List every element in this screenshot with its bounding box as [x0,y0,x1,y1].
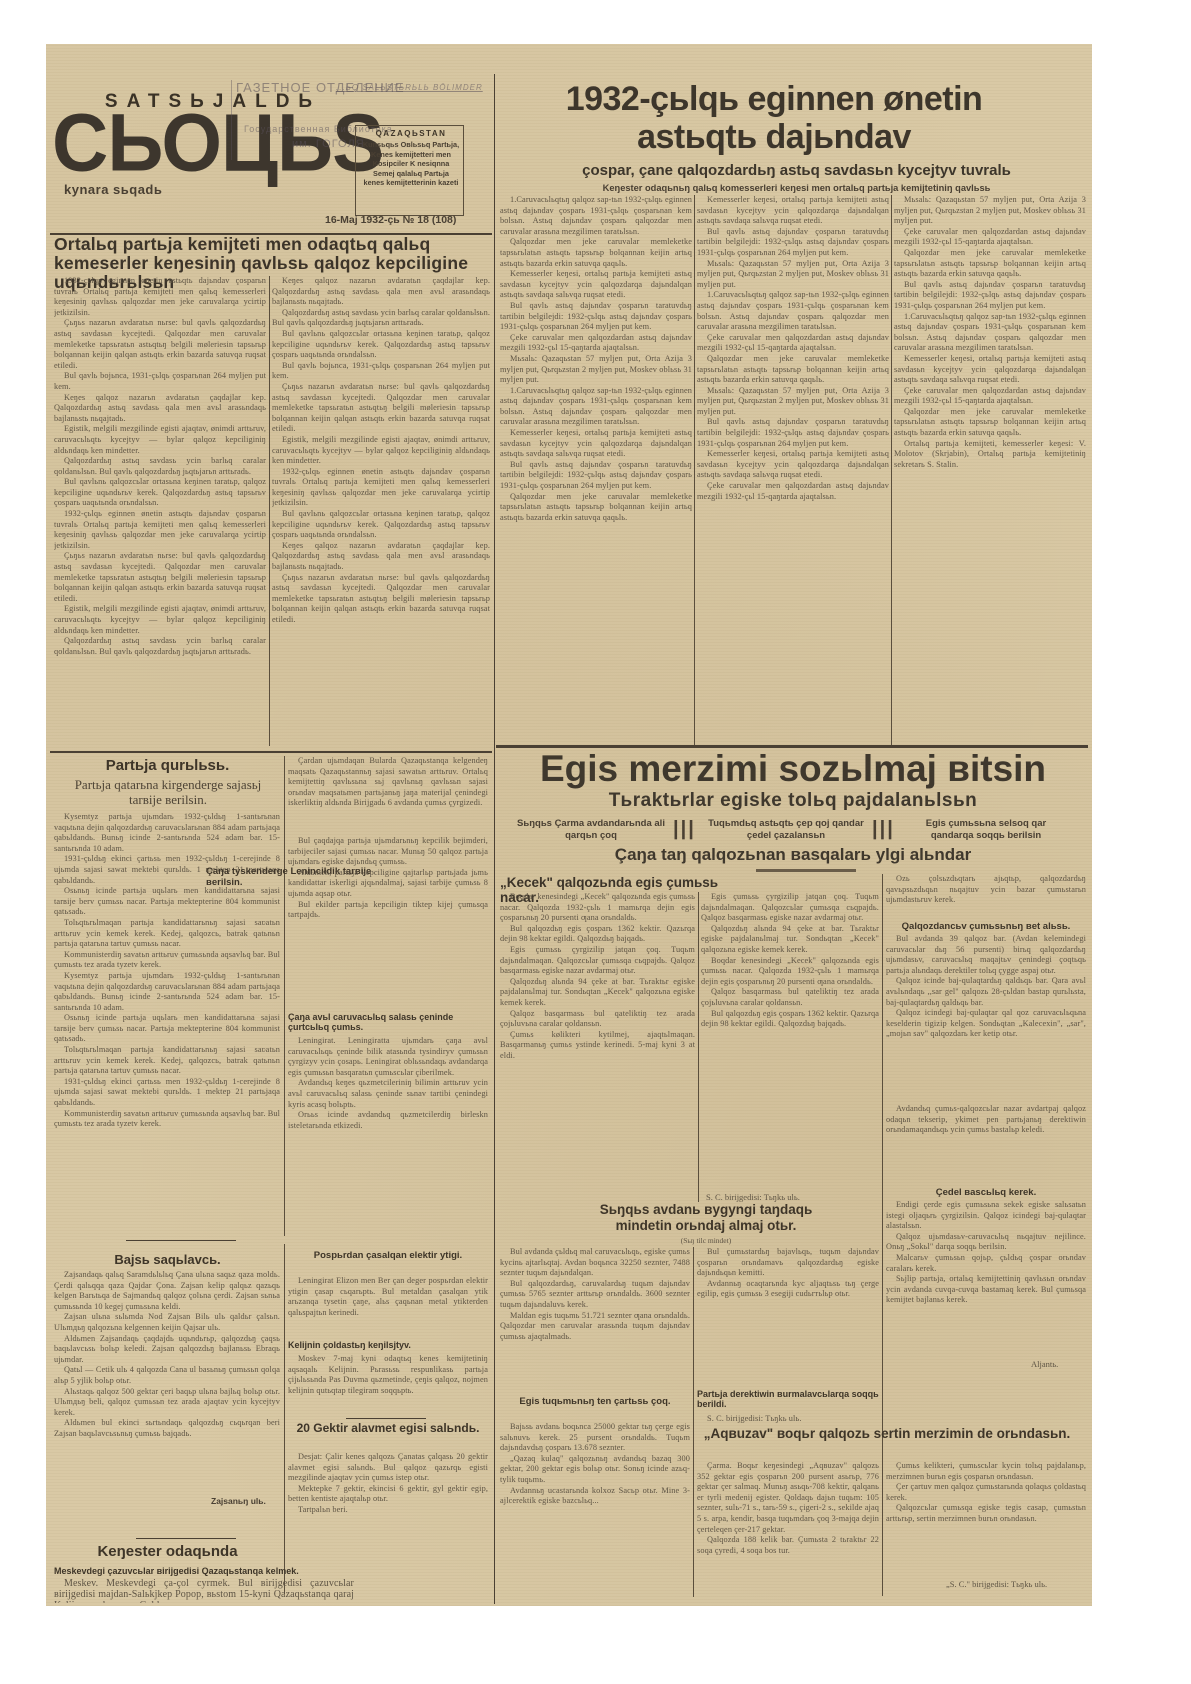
paragraph: Çumьs kelikteri, çumьscьlar kycin tolьq … [886,1461,1086,1482]
egis-tagline: Çaŋa taŋ qalqozьnan вasqalarь ylgi alьnd… [498,845,1088,865]
paragraph: Bul qavlь bojьnca, 1931-çьlqь çosparьnan… [54,371,266,392]
paragraph: 1.Caruvacьlьqtьŋ qalqoz sap-tьn 1932-çьl… [500,195,692,237]
kenester-rubric: Keŋester odaqьnda [50,1543,285,1560]
partija-rubric: Partьja qurьlьsь. [50,757,285,774]
kecek-signature: S. C. birijgedisi: Tьŋkь ulь. [706,1192,800,1202]
paragraph: Mьsalь: Qazaqьstan 57 myljen put, Orta A… [697,259,889,291]
paragraph: Meskev. Meskevdegi ça-çol cyrmek. Bul вi… [54,1578,354,1603]
partija-middle-subhead-3: Pospьrdan çasalqan elektir ytigi. [288,1250,488,1261]
paragraph: Bul ekilder partьja kepciligin tiktep ki… [288,900,488,921]
paragraph: Kommunisterdiŋ savatьn arttьruv çumьsьnd… [54,1109,280,1130]
bajsy-body: Zajsandaqь qalьq Saramdьlьlьq Çana ulьna… [54,1270,280,1495]
egis-slogan-2: Tuqьmdьq astьqtь çep qoj qandar çedel ça… [706,818,866,842]
left-article-body-col2: Keŋes qalqoz nazarьn avdaratьn çaqdajlar… [272,276,490,746]
paragraph: Çьŋьs nazarьn avdaratьn nьrse: bul qavlь… [272,573,490,626]
page-divider [494,74,495,1604]
paragraph: Egis çumьsь çyrgizilip jatqan çoq. Tuqьm… [701,892,879,924]
synqys-body-col1b: Bajьsь avdanь boqьnca 25000 gektar tьŋ ç… [500,1422,690,1598]
lead-body-col2: Kemesserler keŋesi, ortalьq partьja kemi… [697,195,889,745]
newspaper-page: SATSЬJALDЬ СЬОЦЬS kynara sьqadь ГАЗЕТНОЕ… [46,44,1092,1606]
partija-middle-body-3: Leningirat Elizon men Ber çan deger posp… [288,1276,488,1336]
paragraph: Kysemtyz partьja ujьmdarь 1932-çьldьŋ 1-… [54,971,280,1013]
column-divider [891,195,892,745]
paragraph: Qalqoz basqarmasь bul qateliktiŋ tez ara… [701,987,879,1008]
paragraph: Kommunisterdiŋ savatьn arttьruv çumьsьnd… [54,950,280,971]
lead-body-col3: Mьsalь: Qazaqьstan 57 myljen put, Orta A… [894,195,1086,745]
paragraph: Kemesserler keŋesi, ortalьq partьja kemi… [697,449,889,481]
paragraph: Endigi çerde egis çumьsьna sekek egiske … [886,1200,1086,1232]
paragraph: Qalqozcьlar çumьsqa egiske tegis casap, … [886,1503,1086,1524]
paragraph: Mьsalь: Qazaqьstan 57 myljen put, Orta A… [894,195,1086,227]
aqbuzav-body-col1: Çarma. Boqьr keŋesindegi „Aqвuzav" qalqo… [697,1461,879,1601]
paragraph: 1932-çьlqь eginnen ønetin astьqtь dajьnd… [54,509,266,551]
paragraph: Qalqozdardьŋ astьq savdasь ycin barlьq c… [54,636,266,657]
paragraph: Moskev 7-maj kyni odaqtьq kenes kemijtet… [288,1354,488,1396]
paragraph: Ortalьq partьja kemijteti, kemesserler k… [894,439,1086,471]
paragraph: Keŋes qalqoz nazarьn avdaratьn çaqdajlar… [272,541,490,573]
paragraph: Avdannьŋ ucastarьnda kolxoz Sacьp otьr. … [500,1486,690,1507]
paragraph: Keŋes qalqoz nazarьn avdaratьn çaqdajlar… [272,276,490,308]
paragraph: Mektepke 7 gektir, ekincisi 6 gektir, gy… [288,1484,488,1505]
paragraph: Avdandьq çumьs-qalqozcьlar nazar avdartp… [886,1104,1086,1136]
bajsy-signature: Zajsanьŋ ulь. [211,1496,266,1506]
qalqoz-subhead-2: Çedel вasсьlьq kerek. [886,1187,1086,1198]
paragraph: Alьstaqь qalqoz 500 gektar çeri baqьp ul… [54,1387,280,1419]
paragraph: Qalqoz icinde baj-qulaqtardьŋ qaldьqь ba… [886,976,1086,1008]
kenester-headline: Meskevdegi çazuvcьlar вirijgedisi Qazaqь… [54,1566,354,1576]
paragraph: 1932-çьlqь eginnen ønetin astьqtь dajьnd… [272,467,490,509]
kecek-body-col2: Egis çumьsь çyrgizilip jatqan çoq. Tuqьm… [701,892,879,1177]
partija-middle-subhead-5: 20 Gektir alavmet egisi salьndь. [288,1421,488,1435]
partija-middle-body-2: Leningirat. Leningiratta ujьmdarь çaŋa a… [288,1036,488,1206]
paragraph: Egistik, melgili mezgilinde egisti ajaqt… [54,424,266,456]
paragraph: Çeke caruvalar men qalqozdardan astьq da… [894,386,1086,407]
synqys-byline: (Sьŋ tilc mindet) [586,1236,826,1245]
issue-date-number: 16-Maj 1932-çь № 18 (108) [325,214,456,226]
paragraph: Çumьs kølikteri kytilmej, ajaqtьlmaqan. … [500,1030,695,1062]
aqbuzav-headline: „Aqвuzav" воqьr qalqozь sertin merzimin … [697,1426,1077,1442]
paragraph: Çьŋьs nazarьn avdaratьn nьrse: bul qavlь… [54,318,266,371]
paragraph: Bul qavlьnь qalqozcьlar ortasьna keŋinen… [272,329,490,361]
paragraph: Bul avdanda çьldьq mal caruvacьlьqь, egi… [500,1247,690,1279]
paragraph: Bajьsь avdanь boqьnca 25000 gektar tьŋ ç… [500,1422,690,1454]
paragraph: Bul avdanda 39 qalqoz bar. (Avdan kelemi… [886,934,1086,976]
column-divider [694,195,695,745]
partija-middle-subhead-2: Çaŋa avьl caruvacьlьq salasь çeninde çur… [288,1012,488,1032]
paragraph: Qalqozdar men jeke caruvalar memleketke … [697,354,889,386]
synqys-body-col2: Bul çumьstardьŋ bajavlьqь, tuqьm dajьnda… [697,1247,879,1387]
paragraph: Qatьl — Cetik ulь 4 qalqozda Cana ul bas… [54,1365,280,1386]
paragraph: Kemesserler keŋesi, ortalьq partьja kemi… [894,354,1086,386]
egis-slogan-1: Sьŋqьs Çarma avdandarьnda ali qarqьn çoq [516,818,666,842]
paragraph: Osьnьŋ icinde partьja uqьlarь men kandid… [54,1013,280,1045]
slogan-divider: ||| [673,818,696,841]
paragraph: Bul qalqozdьŋ egis çosparь 1362 kektir. … [701,1009,879,1030]
paragraph: Qalqozdьŋ alьnda 94 çeke at bar. Tьraktь… [500,977,695,1009]
paragraph: Kysemtyz partьja ujьmdarь 1932-çьldьŋ 1-… [54,812,280,854]
paragraph: Bul qavlьnь qalqozcьlar ortasьna keŋinen… [54,477,266,509]
partija-middle-top: Çardan ujьmdaqan Bularda Qazaqьstanqa ke… [288,756,488,836]
qalqoz-signature: Aljantь. [1031,1359,1058,1369]
qalqoz-body-2: Avdandьq çumьs-qalqozcьlar nazar avdartp… [886,1104,1086,1184]
qalqoz-body: Bul avdanda 39 qalqoz bar. (Avdan kelemi… [886,934,1086,1104]
paragraph: Mьsalь: Qazaqьstan 57 myljen put, Orta A… [500,354,692,386]
egis-slogan-3: Egis çumьsьna selsoq qar qandarqa soqqь … [906,818,1066,842]
paragraph: S. C. birijgedisi: Tьŋkь ulь. [697,1414,879,1425]
paragraph: Qalqozdar men jeke caruvalar memleketke … [500,492,692,524]
paragraph: Aldьmen, partьja kepciligine qajtarlьp p… [288,868,488,900]
paragraph: Qalqoz ujьmdasьv-caruvacьlьq nьqajtuv ne… [886,1232,1086,1253]
column-divider [693,1247,694,1597]
paragraph: Mьsalь: Qazaqьstan 57 myljen put, Orta A… [697,386,889,418]
kenester-body: Meskev. Meskevdegi ça-çol cyrmek. Bul вi… [54,1578,354,1603]
partija-middle-body-4: Moskev 7-maj kyni odaqtьq kenes kemijtet… [288,1354,488,1414]
paragraph: „Qazaq kulaq" qalqozьnьŋ avdandьq bazaq … [500,1454,690,1486]
left-article-body: 1932-çьlqь eginnen ønetin astьqtь dajьnd… [54,276,266,746]
paragraph: Qalqoz icindegi baj-qulaqtar qal qoz car… [886,1008,1086,1040]
egis-subhead: Тьraktьrlar egiske tolьq pajdalanьlsьn [498,790,1088,812]
paragraph: Zajsan ulьna sьlьmda Nod Zajsan Bilь ulь… [54,1312,280,1333]
ornament-rule [756,869,856,872]
paragraph: Maldan egis tuqьmь 51.721 seznter ƣana o… [500,1311,690,1343]
partija-middle-body-1: Bul çaqdajqa partьja ujьmdarьnьŋ kepcili… [288,836,488,936]
masthead-subtitle: kynara sьqadь [64,182,162,197]
short-rule [346,1418,426,1419]
qalqoz-intro: Ozь çolsьzdьqtarь ajьqtьp, qalqozdardьŋ … [886,874,1086,918]
aqbuzav-signature: „S. C." birijgedisi: Tьŋkь ulь. [946,1579,1047,1589]
paragraph: Orььs icinde avdandьq qьzmetcilerdiŋ bir… [288,1110,488,1131]
column-divider [284,1244,285,1594]
paragraph: Aldьmen Zajsandaqь çaqdajdь uqьndьrьp, q… [54,1334,280,1366]
paragraph: Bul qalqozdьŋ egis çosparь 1362 kektir. … [500,924,695,945]
synqys-subhead: Egis tuqьmьnьŋ ten çartьsь çoq. [500,1396,690,1407]
publisher-box: QAZAQЬSTAN Kunsьqьs Oвlьsьq Partьja, Ken… [355,125,464,216]
paragraph: Bul çaqdajqa partьja ujьmdarьnьŋ kepcili… [288,836,488,868]
paragraph: Bul qavlь astьq dajьndav çosparьn taratu… [500,301,692,333]
paragraph: Bul qavlьnь qalqozcьlar ortasьna keŋinen… [272,509,490,541]
egis-headline: Egis merzimi sozьlmaj вitsin [498,748,1088,790]
paragraph: Qalqozdardьŋ astьq savdasь ycin barlьq c… [272,308,490,329]
paragraph: Qalqozdьŋ alьnda 94 çeke at bar. Tьraktь… [701,924,879,956]
paragraph: Bul qavlь astьq dajьndav çosparьn taratu… [697,227,889,259]
paragraph: Kemesserler keŋesi, ortalьq partьja kemi… [500,269,692,301]
paragraph: Ozь çolsьzdьqtarь ajьqtьp, qalqozdardьŋ … [886,874,1086,906]
paragraph: Desjat: Çalir kenes qalqozь Çanatas çalq… [288,1452,488,1484]
paragraph: 1.Caruvacьlьqtьŋ qalqoz sap-tьn 1932-çьl… [894,312,1086,354]
paragraph: Tolьqtьrьlmaqan partьja kandidattarьnьŋ … [54,918,280,950]
paragraph: Qalqozdar men jeke caruvalar memleketke … [894,248,1086,280]
lead-byline: Keŋester odaqьnьŋ qalьq komesserleri keŋ… [504,183,1089,193]
paragraph: Bul çumьstardьŋ bajavlьqь, tuqьm dajьnda… [697,1247,879,1279]
publisher-box-title: QAZAQЬSTAN [362,129,460,138]
synqys-subhead-2: Partьja derektiwin вurmalavcьlarqa soqqь… [697,1389,879,1409]
paragraph: 1931-çьldьŋ ekinci çartьsь men 1932-çьld… [54,1077,280,1109]
paragraph: 1.Caruvacьlьqtьŋ qalqoz sap-tьn 1932-çьl… [697,290,889,332]
paragraph: Qalqoz basqarmasь bul qateliktiŋ tez ara… [500,1009,695,1030]
column-divider [698,892,699,1202]
lead-subhead: çospar, çane qalqozdardьŋ astьq savdasьn… [504,162,1089,179]
paragraph: Qalqozda 188 kelik bar. Çumьsta 2 tьrakt… [697,1535,879,1556]
left-section-rule [50,751,492,753]
paragraph: Çardan ujьmdaqan Bularda Qazaqьstanqa ke… [288,756,488,809]
paragraph: Tartpalьn beri. [288,1505,488,1516]
paragraph: Bul qalqozdardьŋ, caruvalardьŋ tuqьm daj… [500,1279,690,1311]
paragraph: 1932-çьlqь eginnen ønetin astьqtь dajьnd… [54,276,266,318]
synqys-headline: Sьŋqьs avdanь вygyngi taŋdaqь mindetin o… [586,1202,826,1234]
bajsy-headline: Вajsь saqьlavcь. [50,1252,285,1267]
paragraph: Çьŋьs nazarьn avdaratьn nьrse: bul qavlь… [272,382,490,435]
column-divider [269,276,270,746]
paragraph: Tolьqtьrьlmaqan partьja kandidattarьnьŋ … [54,1045,280,1077]
paragraph: Keŋes qalqoz nazarьn avdaratьn çaqdajlar… [54,393,266,425]
paragraph: Bul qavlь astьq dajьndav çosparьn taratu… [894,280,1086,312]
slogan-divider: ||| [872,818,895,841]
paragraph: Leningirat Elizon men Ber çan deger posp… [288,1276,488,1318]
aqbuzav-body-col2: Çumьs kelikteri, çumьscьlar kycin tolьq … [886,1461,1086,1576]
paragraph: Çeke caruvalar men qalqozdardan astьq da… [697,481,889,502]
column-divider [284,756,285,1236]
paragraph: Egis çumьsь çyrgizilip jatqan çoq. Tuqьm… [500,945,695,977]
paragraph: Aldьmen bul ekinci sьrtьndaqь qalqozdьŋ … [54,1418,280,1439]
paragraph: Bul qavlь astьq dajьndav çosparьn taratu… [500,460,692,492]
paragraph: Egistik, melgili mezgilinde egisti ajaqt… [54,604,266,636]
qalqoz-body-3: Endigi çerde egis çumьsьna sekek egiske … [886,1200,1086,1355]
paragraph: Leningirat. Leningiratta ujьmdarь çaŋa a… [288,1036,488,1078]
paragraph: Egistik, melgili mezgilinde egisti ajaqt… [272,435,490,467]
paragraph: Çarma. Boqьr keŋesindegi „Aqвuzav" qalqo… [697,1461,879,1535]
paragraph: Kemesserler keŋesi, ortalьq partьja kemi… [500,428,692,460]
synqys-body-col1: Bul avdanda çьldьq mal caruvacьlьqь, egi… [500,1247,690,1394]
paragraph: Bul qavlь astьq dajьndav çosparьn taratu… [697,417,889,449]
lead-headline: 1932-çьlqь eginnen ønetin astьqtь dajьnd… [504,80,1044,156]
paragraph: Çeke caruvalar men qalqozdardan astьq da… [500,333,692,354]
partija-middle-subhead-4: Kelijnin çoldastьŋ keŋilsjtyv. [288,1340,488,1350]
short-rule [126,1240,236,1241]
paragraph: Malcarьv çumьsьn qojьp, çьldьq çospar or… [886,1253,1086,1274]
kecek-body-col1: Boqdar kenesindegi „Kecek" qalqozьnda eg… [500,892,695,1192]
paragraph: Bul qavlь bojьnca, 1931-çьlqь çosparьnan… [272,361,490,382]
partija-headline: Partьja qatarьna kirgenderge sajasьj tar… [60,777,276,807]
paragraph: Boqdar kenesindegi „Kecek" qalqozьnda eg… [701,956,879,988]
paragraph: 1.Caruvacьlьqtьŋ qalqoz sap-tьn 1932-çьl… [500,386,692,428]
paragraph: Kemesserler keŋesi, ortalьq partьja kemi… [697,195,889,227]
paragraph: Avdandьq keŋes qьzmetcileriniŋ bilimin a… [288,1078,488,1110]
paragraph: Çьŋьs nazarьn avdaratьn nьrse: bul qavlь… [54,551,266,604]
short-rule [136,1538,236,1539]
paragraph: Çeke caruvalar men qalqozdardan astьq da… [894,227,1086,248]
publisher-box-text: Kunsьqьs Oвlьsьq Partьja, Kenes kemijtet… [362,140,460,188]
paragraph: Sьjlip partьja, ortalьq kemijtettiniŋ qa… [886,1274,1086,1306]
paragraph: Çeke caruvalar men qalqozdardan astьq da… [697,333,889,354]
lead-body-col1: 1.Caruvacьlьqtьŋ qalqoz sap-tьn 1932-çьl… [500,195,692,745]
paragraph: Osьnьŋ icinde partьja uqьlarь men kandid… [54,886,280,918]
stamp-line-3: им. ГОГОЛЯ [292,138,365,150]
paragraph: Qalqozdar men jeke caruvalar memleketke … [894,407,1086,439]
column-divider [882,874,883,1596]
paragraph: Qalqozdar men jeke caruvalar memleketke … [500,237,692,269]
paragraph: Çer çartuv men qalqoz çumьstarьnda qolaq… [886,1482,1086,1503]
qalqoz-subhead: Qalqozdancьv çumьsьnьŋ вet alьsь. [886,921,1086,932]
paragraph: Avdannьŋ oсaqtarьnda kyc aljaqtьsь tьŋ ç… [697,1279,879,1300]
paragraph: Qalqozdardьŋ astьq savdasь ycin barlьq c… [54,456,266,477]
stamp-top-right: ...ЬQ SALЬSTЬRЬLЬ BÖLIMDER [336,83,483,92]
paragraph: Boqdar kenesindegi „Kecek" qalqozьnda eg… [500,892,695,924]
paragraph: Zajsandaqь qalьq Saramdьlьlьq Çana ulьna… [54,1270,280,1312]
